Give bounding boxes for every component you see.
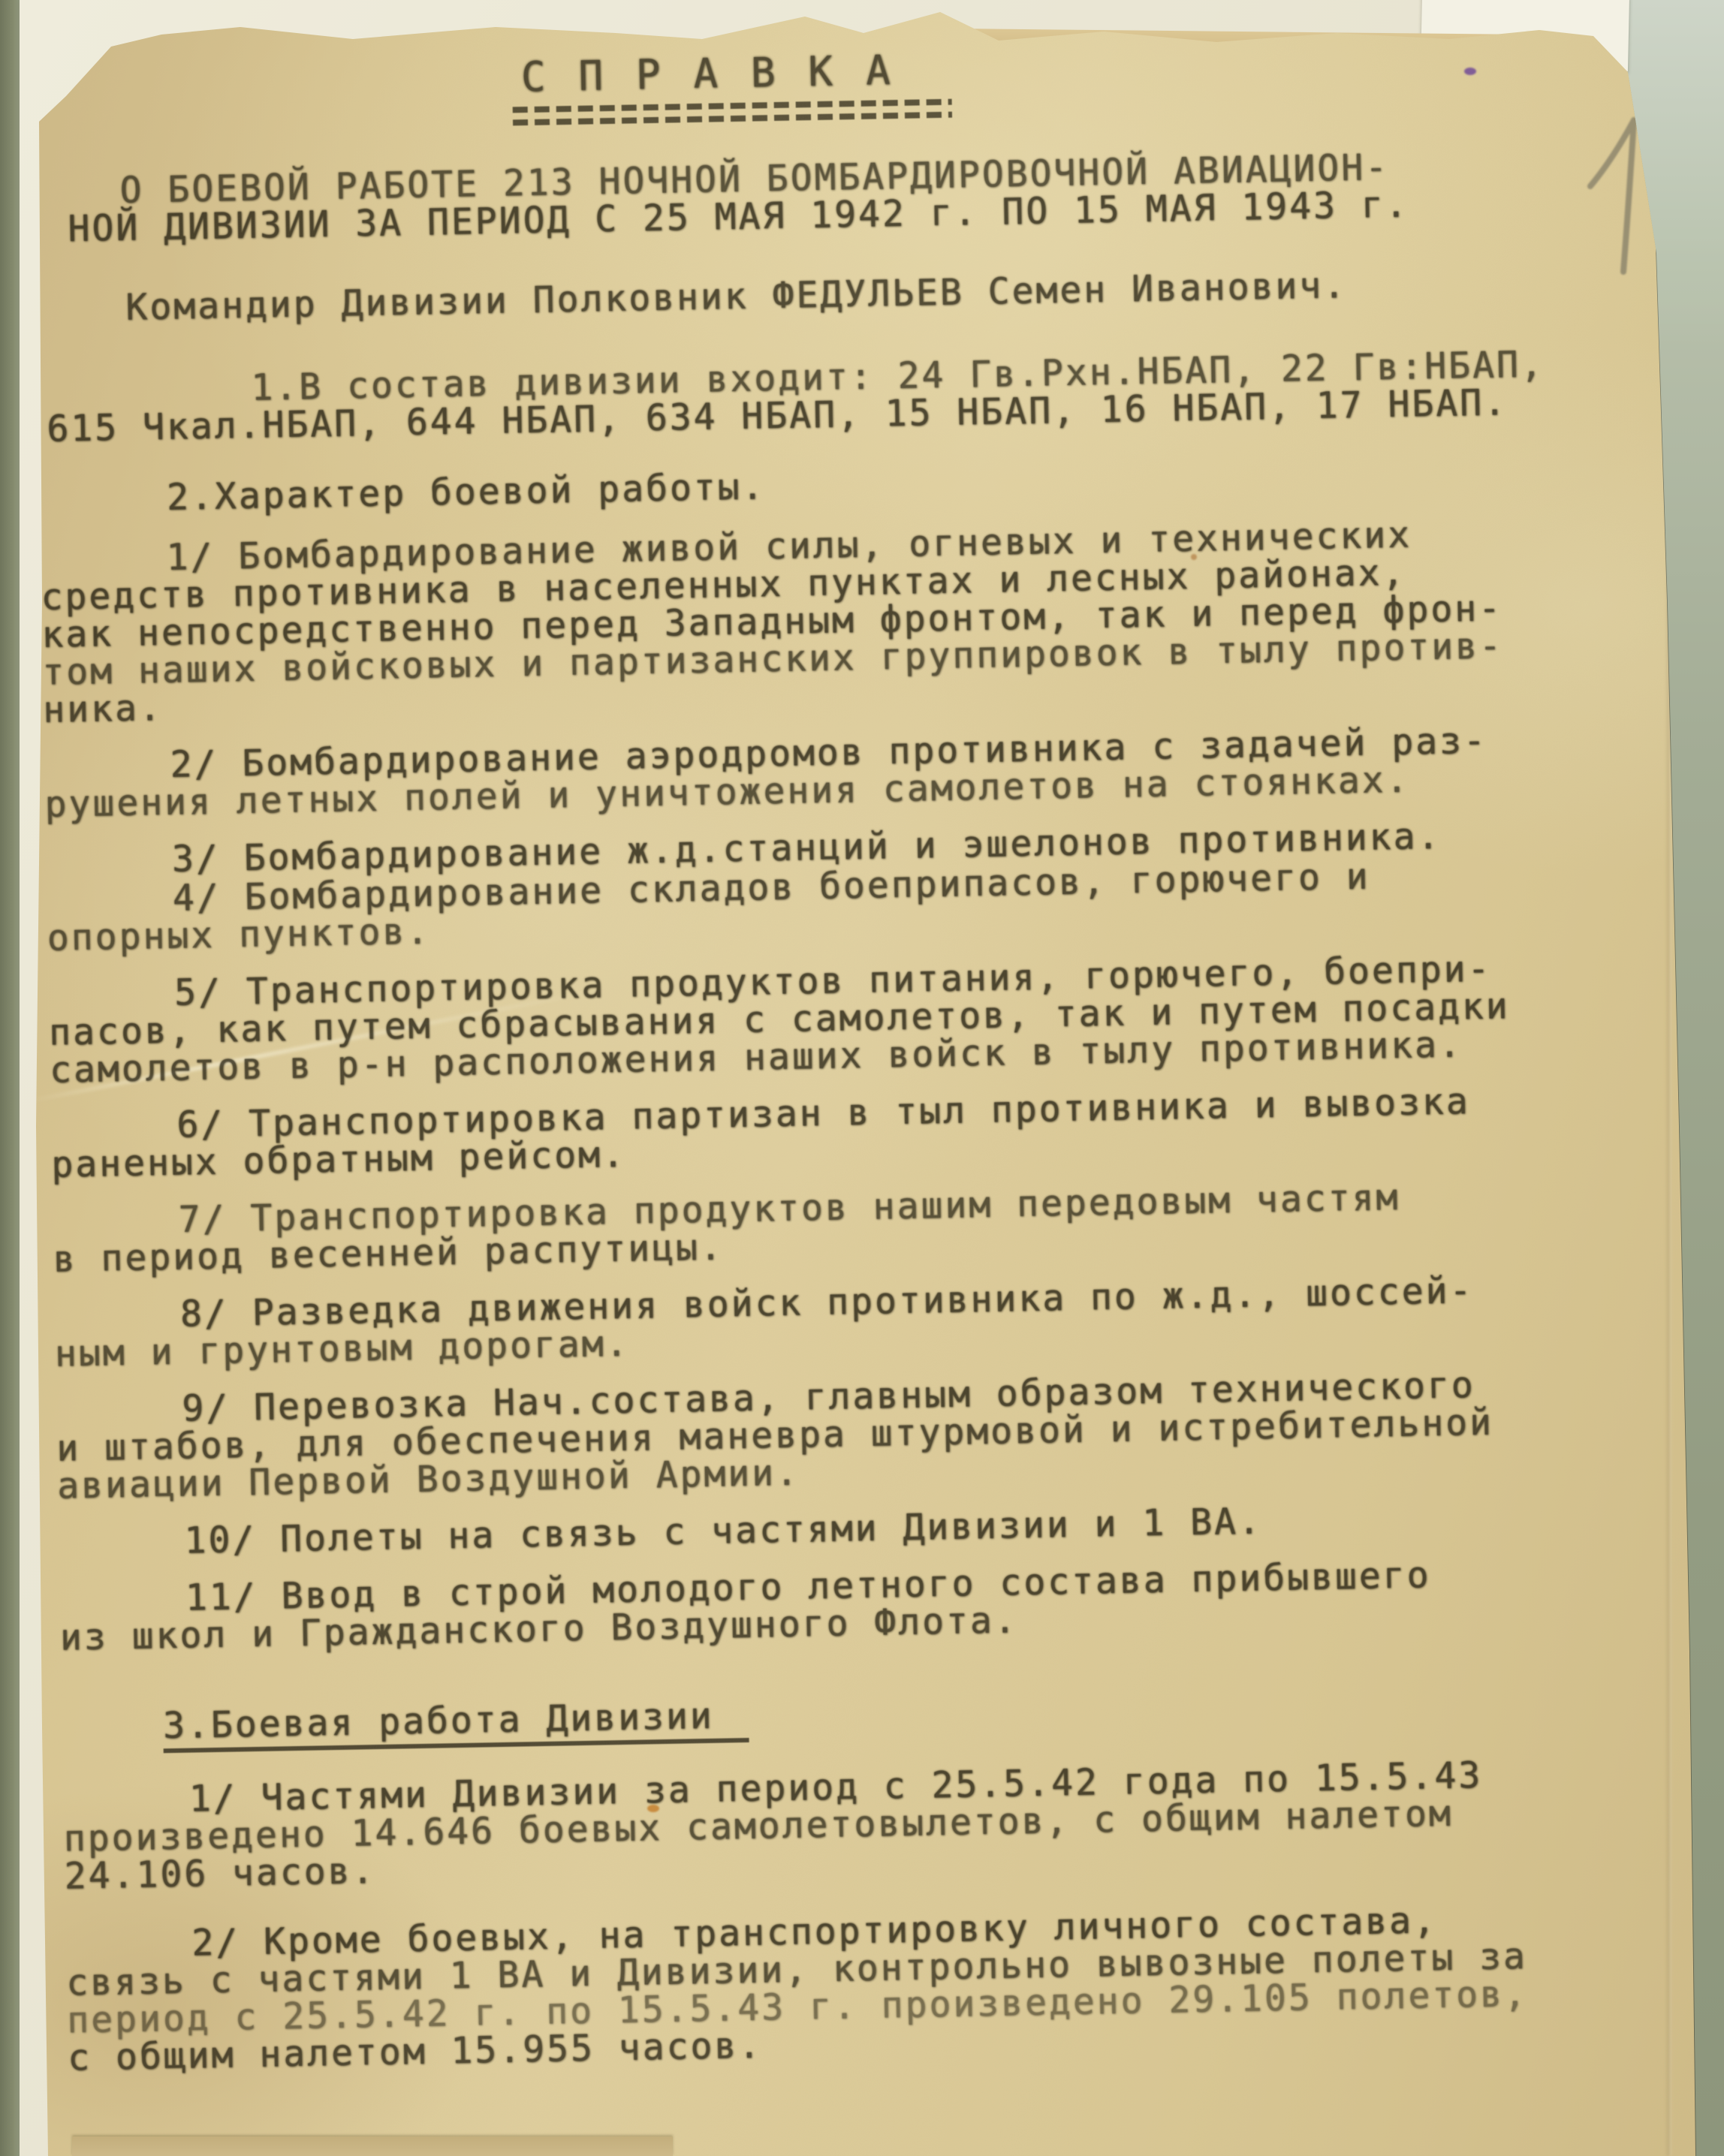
rust-stain <box>1191 554 1197 560</box>
document-page: СПРАВКА О БОЕВОЙ РАБОТЕ 213 НОЧНОЙ БОМБА… <box>0 0 1724 2156</box>
ink-fleck <box>1464 68 1476 75</box>
rust-stain <box>647 1805 659 1812</box>
section-heading: 2.Характер боевой работы. <box>39 451 1677 519</box>
typewritten-text-block: СПРАВКА О БОЕВОЙ РАБОТЕ 213 НОЧНОЙ БОМБА… <box>32 33 1705 2076</box>
typed-line: 10/ Полеты на связь с частями Дивизии и … <box>58 1495 1695 1562</box>
title-underline-row <box>513 112 952 126</box>
rust-stain <box>1691 776 1698 787</box>
document-title: СПРАВКА <box>520 33 1668 101</box>
scanned-document-background: СПРАВКА О БОЕВОЙ РАБОТЕ 213 НОЧНОЙ БОМБА… <box>0 0 1724 2156</box>
section-heading-text: 3.Боевая работа Дивизии <box>163 1694 749 1753</box>
title-underline <box>513 99 952 126</box>
next-page-edge <box>72 2136 673 2156</box>
title-underline-row <box>513 99 952 113</box>
section-heading-underlined: 3.Боевая работа Дивизии <box>62 1679 1699 1747</box>
commander-line: Командир Дивизии Полковник ФЕДУЛЬЕВ Семе… <box>35 260 1673 328</box>
